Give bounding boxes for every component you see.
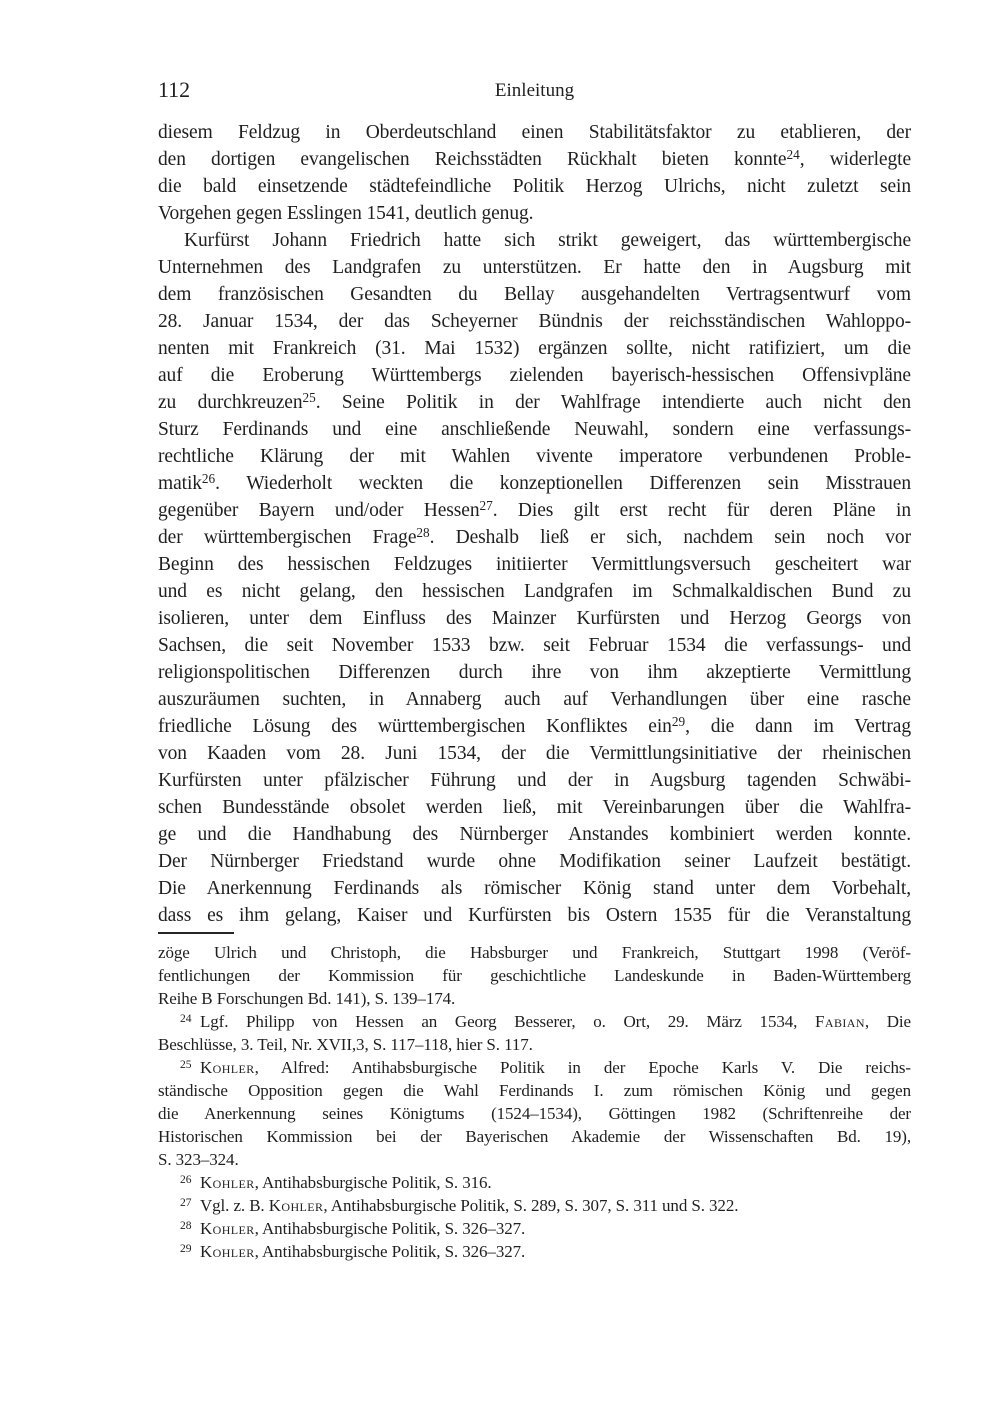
text-segment: , die dann im Vertrag <box>685 716 911 737</box>
body-line: und es nicht gelang, den hessischen Land… <box>158 578 911 605</box>
text-segment: dem französischen Gesandten du Bellay au… <box>158 284 911 305</box>
body-line: Sturz Ferdinands und eine anschließende … <box>158 416 911 443</box>
text-segment: von Kaaden vom 28. Juni 1534, der die Ve… <box>158 743 911 764</box>
text-segment: diesem Feldzug in Oberdeutschland einen … <box>158 122 911 143</box>
body-line: den dortigen evangelischen Reichsstädten… <box>158 146 911 173</box>
body-line: zu durchkreuzen25. Seine Politik in der … <box>158 389 911 416</box>
text-segment: , widerlegte <box>800 149 911 170</box>
text-segment <box>192 1242 200 1261</box>
footnote-line: Reihe B Forschungen Bd. 141), S. 139–174… <box>158 987 911 1010</box>
body-line: Vorgehen gegen Esslingen 1541, deutlich … <box>158 200 911 227</box>
book-page: 112 Einleitung diesem Feldzug in Oberdeu… <box>0 0 1004 1418</box>
text-segment: auszuräumen suchten, in Annaberg auch au… <box>158 689 911 710</box>
body-line: Sachsen, die seit November 1533 bzw. sei… <box>158 632 911 659</box>
text-segment: Die Anerkennung Ferdinands als römischer… <box>158 878 911 899</box>
text-segment: ständische Opposition gegen die Wahl Fer… <box>158 1081 911 1100</box>
footnote-line: 29 Kohler, Antihabsburgische Politik, S.… <box>158 1240 911 1263</box>
smallcaps-author: Kohler <box>200 1058 255 1077</box>
footnote-ref: 26 <box>202 471 215 486</box>
body-line: von Kaaden vom 28. Juni 1534, der die Ve… <box>158 740 911 767</box>
body-line: matik26. Wiederholt weckten die konzepti… <box>158 470 911 497</box>
footnote-line: Beschlüsse, 3. Teil, Nr. XVII,3, S. 117–… <box>158 1033 911 1056</box>
text-segment: schen Bundesstände obsolet werden ließ, … <box>158 797 911 818</box>
footnote-ref: 26 <box>180 1173 192 1186</box>
text-segment: Vorgehen gegen Esslingen 1541, deutlich … <box>158 203 533 224</box>
text-segment: nenten mit Frankreich (31. Mai 1532) erg… <box>158 338 911 359</box>
text-segment: . Deshalb ließ er sich, nachdem sein noc… <box>430 527 911 548</box>
footnote-ref: 27 <box>479 498 492 513</box>
text-segment: fentlichungen der Kommission für geschic… <box>158 966 911 985</box>
smallcaps-author: Kohler <box>200 1242 255 1261</box>
text-segment: Vgl. z. B. <box>192 1196 269 1215</box>
text-segment: , Antihabsburgische Politik, S. 326–327. <box>255 1242 526 1261</box>
body-line: nenten mit Frankreich (31. Mai 1532) erg… <box>158 335 911 362</box>
text-segment: auf die Eroberung Württembergs zielenden… <box>158 365 911 386</box>
text-segment: Historischen Kommission bei der Bayerisc… <box>158 1127 911 1146</box>
footnote-ref: 29 <box>180 1242 192 1255</box>
text-segment: , Antihabsburgische Politik, S. 316. <box>255 1173 492 1192</box>
text-segment: Beginn des hessischen Feldzuges initiier… <box>158 554 911 575</box>
footnote-separator-rule <box>158 932 234 934</box>
body-text: diesem Feldzug in Oberdeutschland einen … <box>158 119 911 929</box>
text-segment: . Wiederholt weckten die konzeptionellen… <box>215 473 911 494</box>
footnote-line: zöge Ulrich und Christoph, die Habsburge… <box>158 941 911 964</box>
text-segment: Kurfürsten unter pfälzischer Führung und… <box>158 770 911 791</box>
smallcaps-author: Fabian <box>815 1012 865 1031</box>
text-segment: Der Nürnberger Friedstand wurde ohne Mod… <box>158 851 911 872</box>
text-segment: rechtliche Klärung der mit Wahlen vivent… <box>158 446 911 467</box>
body-line: auf die Eroberung Württembergs zielenden… <box>158 362 911 389</box>
text-segment: Reihe B Forschungen Bd. 141), S. 139–174… <box>158 989 455 1008</box>
body-line: ge und die Handhabung des Nürnberger Ans… <box>158 821 911 848</box>
body-line: auszuräumen suchten, in Annaberg auch au… <box>158 686 911 713</box>
text-segment <box>192 1058 200 1077</box>
body-line: religionspolitischen Differenzen durch i… <box>158 659 911 686</box>
text-segment: . Dies gilt erst recht für deren Pläne i… <box>493 500 911 521</box>
text-segment: , Antihabsburgische Politik, S. 326–327. <box>255 1219 526 1238</box>
text-segment: friedliche Lösung des württembergischen … <box>158 716 672 737</box>
body-line: rechtliche Klärung der mit Wahlen vivent… <box>158 443 911 470</box>
body-line: Kurfürsten unter pfälzischer Führung und… <box>158 767 911 794</box>
body-line: isolieren, unter dem Einfluss des Mainze… <box>158 605 911 632</box>
smallcaps-author: Kohler <box>269 1196 324 1215</box>
text-segment: zöge Ulrich und Christoph, die Habsburge… <box>158 943 911 962</box>
footnote-line: 25 Kohler, Alfred: Antihabsburgische Pol… <box>158 1056 911 1079</box>
body-line: 28. Januar 1534, der das Scheyerner Bünd… <box>158 308 911 335</box>
body-line: Der Nürnberger Friedstand wurde ohne Mod… <box>158 848 911 875</box>
text-segment <box>192 1219 200 1238</box>
footnote-ref: 28 <box>416 525 429 540</box>
footnote-line: 26 Kohler, Antihabsburgische Politik, S.… <box>158 1171 911 1194</box>
text-segment: Unternehmen des Landgrafen zu unterstütz… <box>158 257 911 278</box>
body-line: Unternehmen des Landgrafen zu unterstütz… <box>158 254 911 281</box>
footnote-line: S. 323–324. <box>158 1148 911 1171</box>
text-segment: gegenüber Bayern und/oder Hessen <box>158 500 479 521</box>
text-segment: , Antihabsburgische Politik, S. 289, S. … <box>323 1196 738 1215</box>
text-segment: Lgf. Philipp von Hessen an Georg Bessere… <box>192 1012 815 1031</box>
text-segment: , Die <box>865 1012 911 1031</box>
text-segment <box>192 1173 200 1192</box>
text-segment: isolieren, unter dem Einfluss des Mainze… <box>158 608 911 629</box>
text-segment: Sachsen, die seit November 1533 bzw. sei… <box>158 635 911 656</box>
body-line: Kurfürst Johann Friedrich hatte sich str… <box>158 227 911 254</box>
body-line: friedliche Lösung des württembergischen … <box>158 713 911 740</box>
body-line: die bald einsetzende städtefeindliche Po… <box>158 173 911 200</box>
text-segment: die bald einsetzende städtefeindliche Po… <box>158 176 911 197</box>
text-segment: Sturz Ferdinands und eine anschließende … <box>158 419 911 440</box>
text-segment: 28. Januar 1534, der das Scheyerner Bünd… <box>158 311 911 332</box>
running-head: Einleitung <box>158 78 911 104</box>
text-segment: der württembergischen Frage <box>158 527 416 548</box>
footnote-ref: 25 <box>302 390 315 405</box>
footnote-line: 24 Lgf. Philipp von Hessen an Georg Bess… <box>158 1010 911 1033</box>
text-segment: Beschlüsse, 3. Teil, Nr. XVII,3, S. 117–… <box>158 1035 533 1054</box>
text-segment: religionspolitischen Differenzen durch i… <box>158 662 911 683</box>
footnote-ref: 24 <box>180 1012 192 1025</box>
body-line: dass es ihm gelang, Kaiser und Kurfürste… <box>158 902 911 929</box>
body-line: dem französischen Gesandten du Bellay au… <box>158 281 911 308</box>
text-segment: Kurfürst Johann Friedrich hatte sich str… <box>184 230 911 251</box>
text-segment: S. 323–324. <box>158 1150 239 1169</box>
footnote-line: Historischen Kommission bei der Bayerisc… <box>158 1125 911 1148</box>
footnote-line: die Anerkennung seines Königtums (1524–1… <box>158 1102 911 1125</box>
footnote-ref: 29 <box>672 714 685 729</box>
footnote-ref: 27 <box>180 1196 192 1209</box>
footnote-line: ständische Opposition gegen die Wahl Fer… <box>158 1079 911 1102</box>
body-line: schen Bundesstände obsolet werden ließ, … <box>158 794 911 821</box>
text-segment: den dortigen evangelischen Reichsstädten… <box>158 149 786 170</box>
body-line: gegenüber Bayern und/oder Hessen27. Dies… <box>158 497 911 524</box>
footnote-ref: 28 <box>180 1219 192 1232</box>
footnote-line: 28 Kohler, Antihabsburgische Politik, S.… <box>158 1217 911 1240</box>
footnote-ref: 25 <box>180 1058 192 1071</box>
footnote-line: fentlichungen der Kommission für geschic… <box>158 964 911 987</box>
text-segment: und es nicht gelang, den hessischen Land… <box>158 581 911 602</box>
smallcaps-author: Kohler <box>200 1219 255 1238</box>
text-segment: , Alfred: Antihabsburgische Politik in d… <box>255 1058 911 1077</box>
text-segment: die Anerkennung seines Königtums (1524–1… <box>158 1104 911 1123</box>
footnotes-block: zöge Ulrich und Christoph, die Habsburge… <box>158 941 911 1263</box>
text-segment: ge und die Handhabung des Nürnberger Ans… <box>158 824 911 845</box>
body-line: Beginn des hessischen Feldzuges initiier… <box>158 551 911 578</box>
text-segment: dass es ihm gelang, Kaiser und Kurfürste… <box>158 905 911 926</box>
page-header: 112 Einleitung <box>158 76 911 104</box>
text-segment: . Seine Politik in der Wahlfrage intendi… <box>316 392 911 413</box>
body-line: Die Anerkennung Ferdinands als römischer… <box>158 875 911 902</box>
footnote-line: 27 Vgl. z. B. Kohler, Antihabsburgische … <box>158 1194 911 1217</box>
body-line: der württembergischen Frage28. Deshalb l… <box>158 524 911 551</box>
smallcaps-author: Kohler <box>200 1173 255 1192</box>
body-line: diesem Feldzug in Oberdeutschland einen … <box>158 119 911 146</box>
text-segment: matik <box>158 473 202 494</box>
text-segment: zu durchkreuzen <box>158 392 302 413</box>
footnote-ref: 24 <box>786 147 799 162</box>
